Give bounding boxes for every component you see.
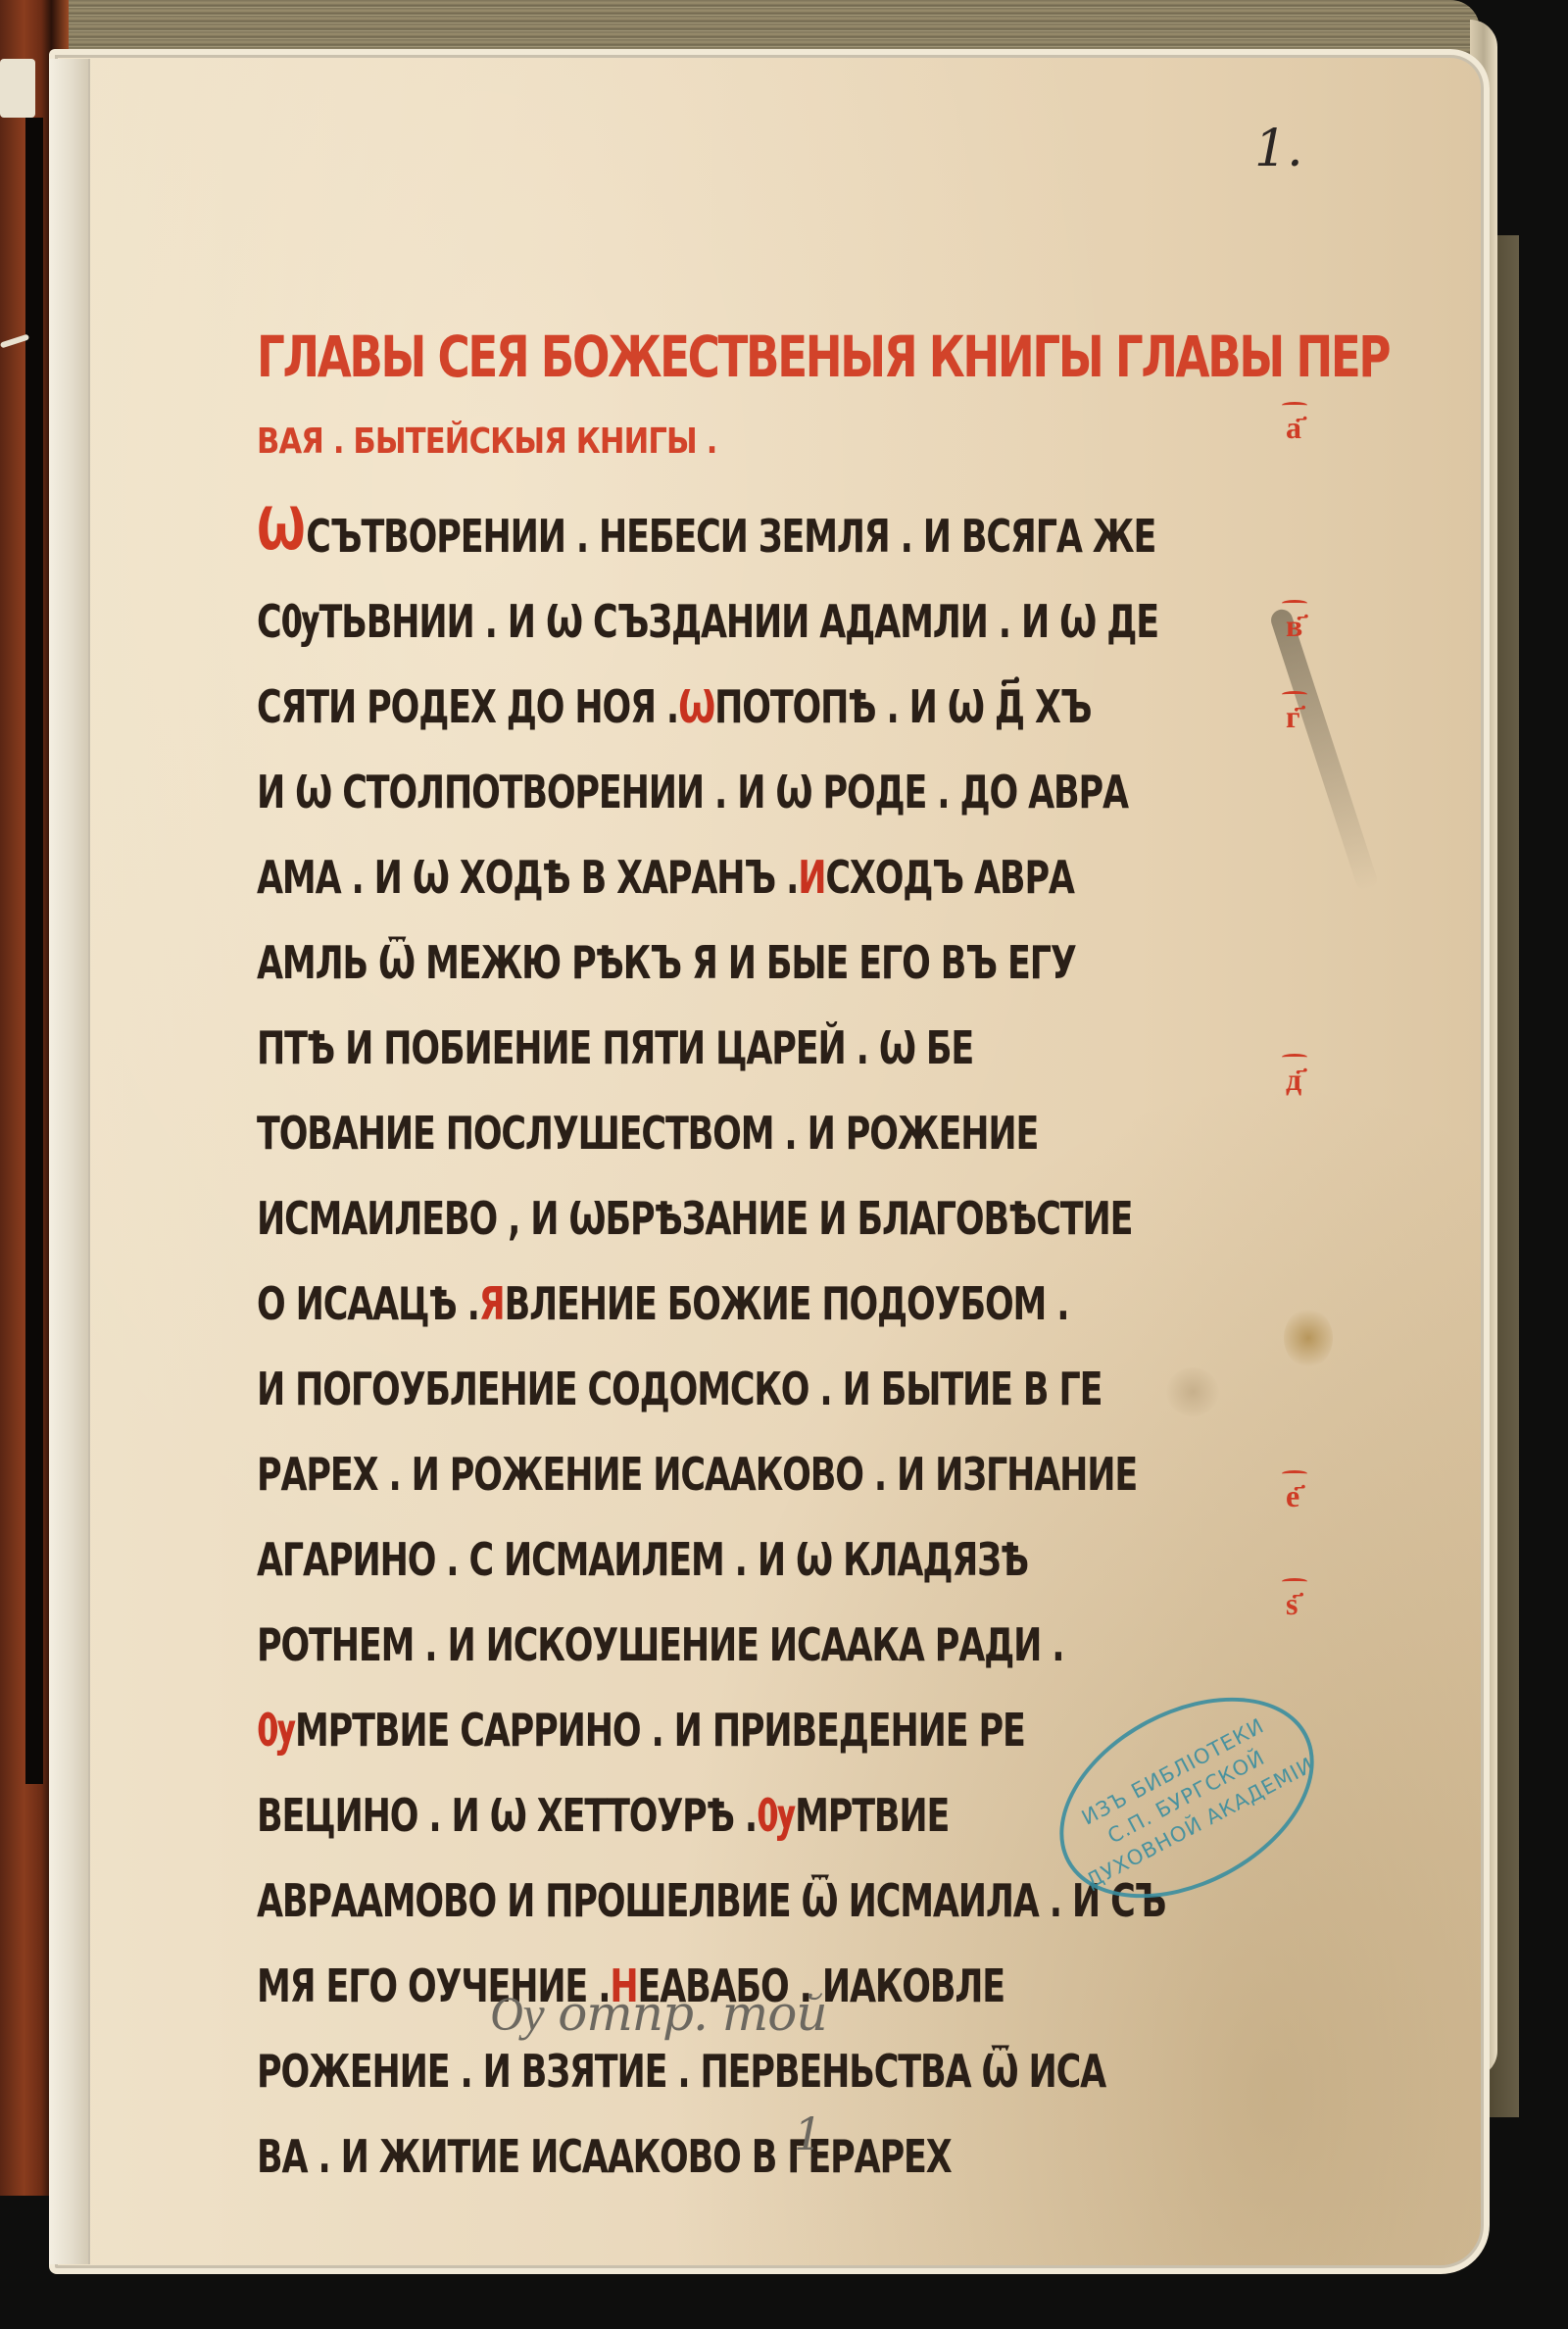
margin-chapter-numeral: в҃ [1286, 610, 1302, 641]
body-line: и погоубление содомско . и бытие в ге [257, 1326, 1002, 1412]
body-line: о исаацѣ . Явление божие подоубом . [257, 1241, 1002, 1326]
page-edge-left [49, 59, 90, 2264]
rubric-heading-line-1: Главы сея божественыя книгы главы пер [257, 328, 1021, 397]
rubric-initial: Ѡ [257, 500, 305, 559]
body-line: Ѹмртвие саррино . и приведение ре [257, 1667, 1002, 1753]
pencil-folio-number: 1 [794, 2107, 822, 2160]
rubric-heading-line-2: вая . бытейскыя книгы . [257, 424, 1090, 473]
margin-chapter-numeral: а҃ [1286, 412, 1301, 443]
body-line: исмаилево , и ѡбрѣзание и благовѣстие [257, 1156, 1002, 1241]
margin-chapter-numeral: д҃ [1286, 1064, 1301, 1095]
body-line: авраамово и прошелвие ѿ исмаила . и съ [257, 1838, 1002, 1923]
binding-thread [0, 59, 35, 118]
pencil-annotation: Ѹ отпр. той [490, 1985, 827, 2042]
margin-chapter-numeral: г҃ [1286, 701, 1300, 732]
body-line: тование послушеством . и рожение [257, 1070, 1002, 1156]
body-line: и ѡ столпотворении . и ѡ роде . до авра [257, 729, 1002, 815]
body-line: птѣ и побиение пяти царей . ѡ бе [257, 985, 1002, 1070]
body-line: ама . и ѡ ходѣ в харанъ . И сходъ авра [257, 815, 1002, 900]
rubric-letter: Ѡ [678, 684, 714, 729]
folio-number-ink: 1. [1254, 120, 1303, 178]
body-line: сяти родех до ноя . Ѡ потопѣ . и ѡ д҃ хъ [257, 644, 1002, 729]
body-line: амль ѿ межю рѣкъ я и бые его въ егу [257, 900, 1002, 985]
body-line: Ѡ сътворении . небеси земля . и всяга же [257, 473, 1002, 559]
rubric-letter: И [798, 855, 825, 900]
manuscript-scan: 1. Главы сея божественыя книгы главы пер… [0, 0, 1568, 2329]
binding-strip [25, 118, 43, 1784]
body-line: сѹтьвнии . и ѡ създании адамли . и ѡ де [257, 559, 1002, 644]
body-line: ротнем . и искоушение исаака ради . [257, 1582, 1002, 1667]
body-line: рарех . и рожение исааково . и изгнание [257, 1412, 1002, 1497]
text-block: Главы сея божественыя книгы главы пер ва… [257, 284, 1237, 2179]
margin-chapter-numeral: ѕ҃ [1286, 1588, 1298, 1619]
margin-chapter-numeral: е҃ [1286, 1480, 1299, 1511]
stain [1284, 1309, 1333, 1367]
body-line: ва . и житие исааково в герарех [257, 2094, 1002, 2179]
body-line: агарино . с исмаилем . и ѡ кладязѣ [257, 1497, 1002, 1582]
rubric-letter: Ѹ [757, 1793, 795, 1838]
rubric-letter: Я [479, 1281, 505, 1326]
body-line: вецино . и ѡ хеттоурѣ . Ѹмртвие [257, 1753, 1002, 1838]
rubric-letter: Ѹ [257, 1708, 295, 1753]
